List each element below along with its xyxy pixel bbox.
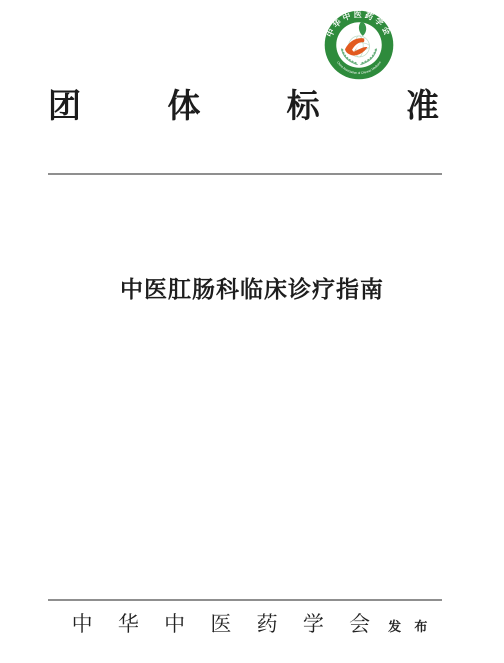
kind-char: 标	[287, 89, 320, 125]
document-kind-title: 团 体 标 准	[48, 89, 439, 125]
bottom-divider	[48, 599, 442, 601]
standard-cover-page: 中华中医药学会 China Association of Chinese Med…	[0, 0, 504, 663]
kind-char: 体	[167, 89, 200, 125]
cacm-logo: 中华中医药学会 China Association of Chinese Med…	[324, 10, 394, 80]
publisher-name: 中 华 中 医 药 学 会	[72, 608, 381, 638]
top-divider	[48, 173, 442, 175]
kind-char: 准	[406, 89, 439, 125]
publisher-footer: 中 华 中 医 药 学 会 发 布	[0, 608, 504, 638]
document-title: 中医肛肠科临床诊疗指南	[0, 271, 504, 304]
kind-char: 团	[48, 89, 81, 125]
release-label: 发 布	[388, 616, 432, 635]
